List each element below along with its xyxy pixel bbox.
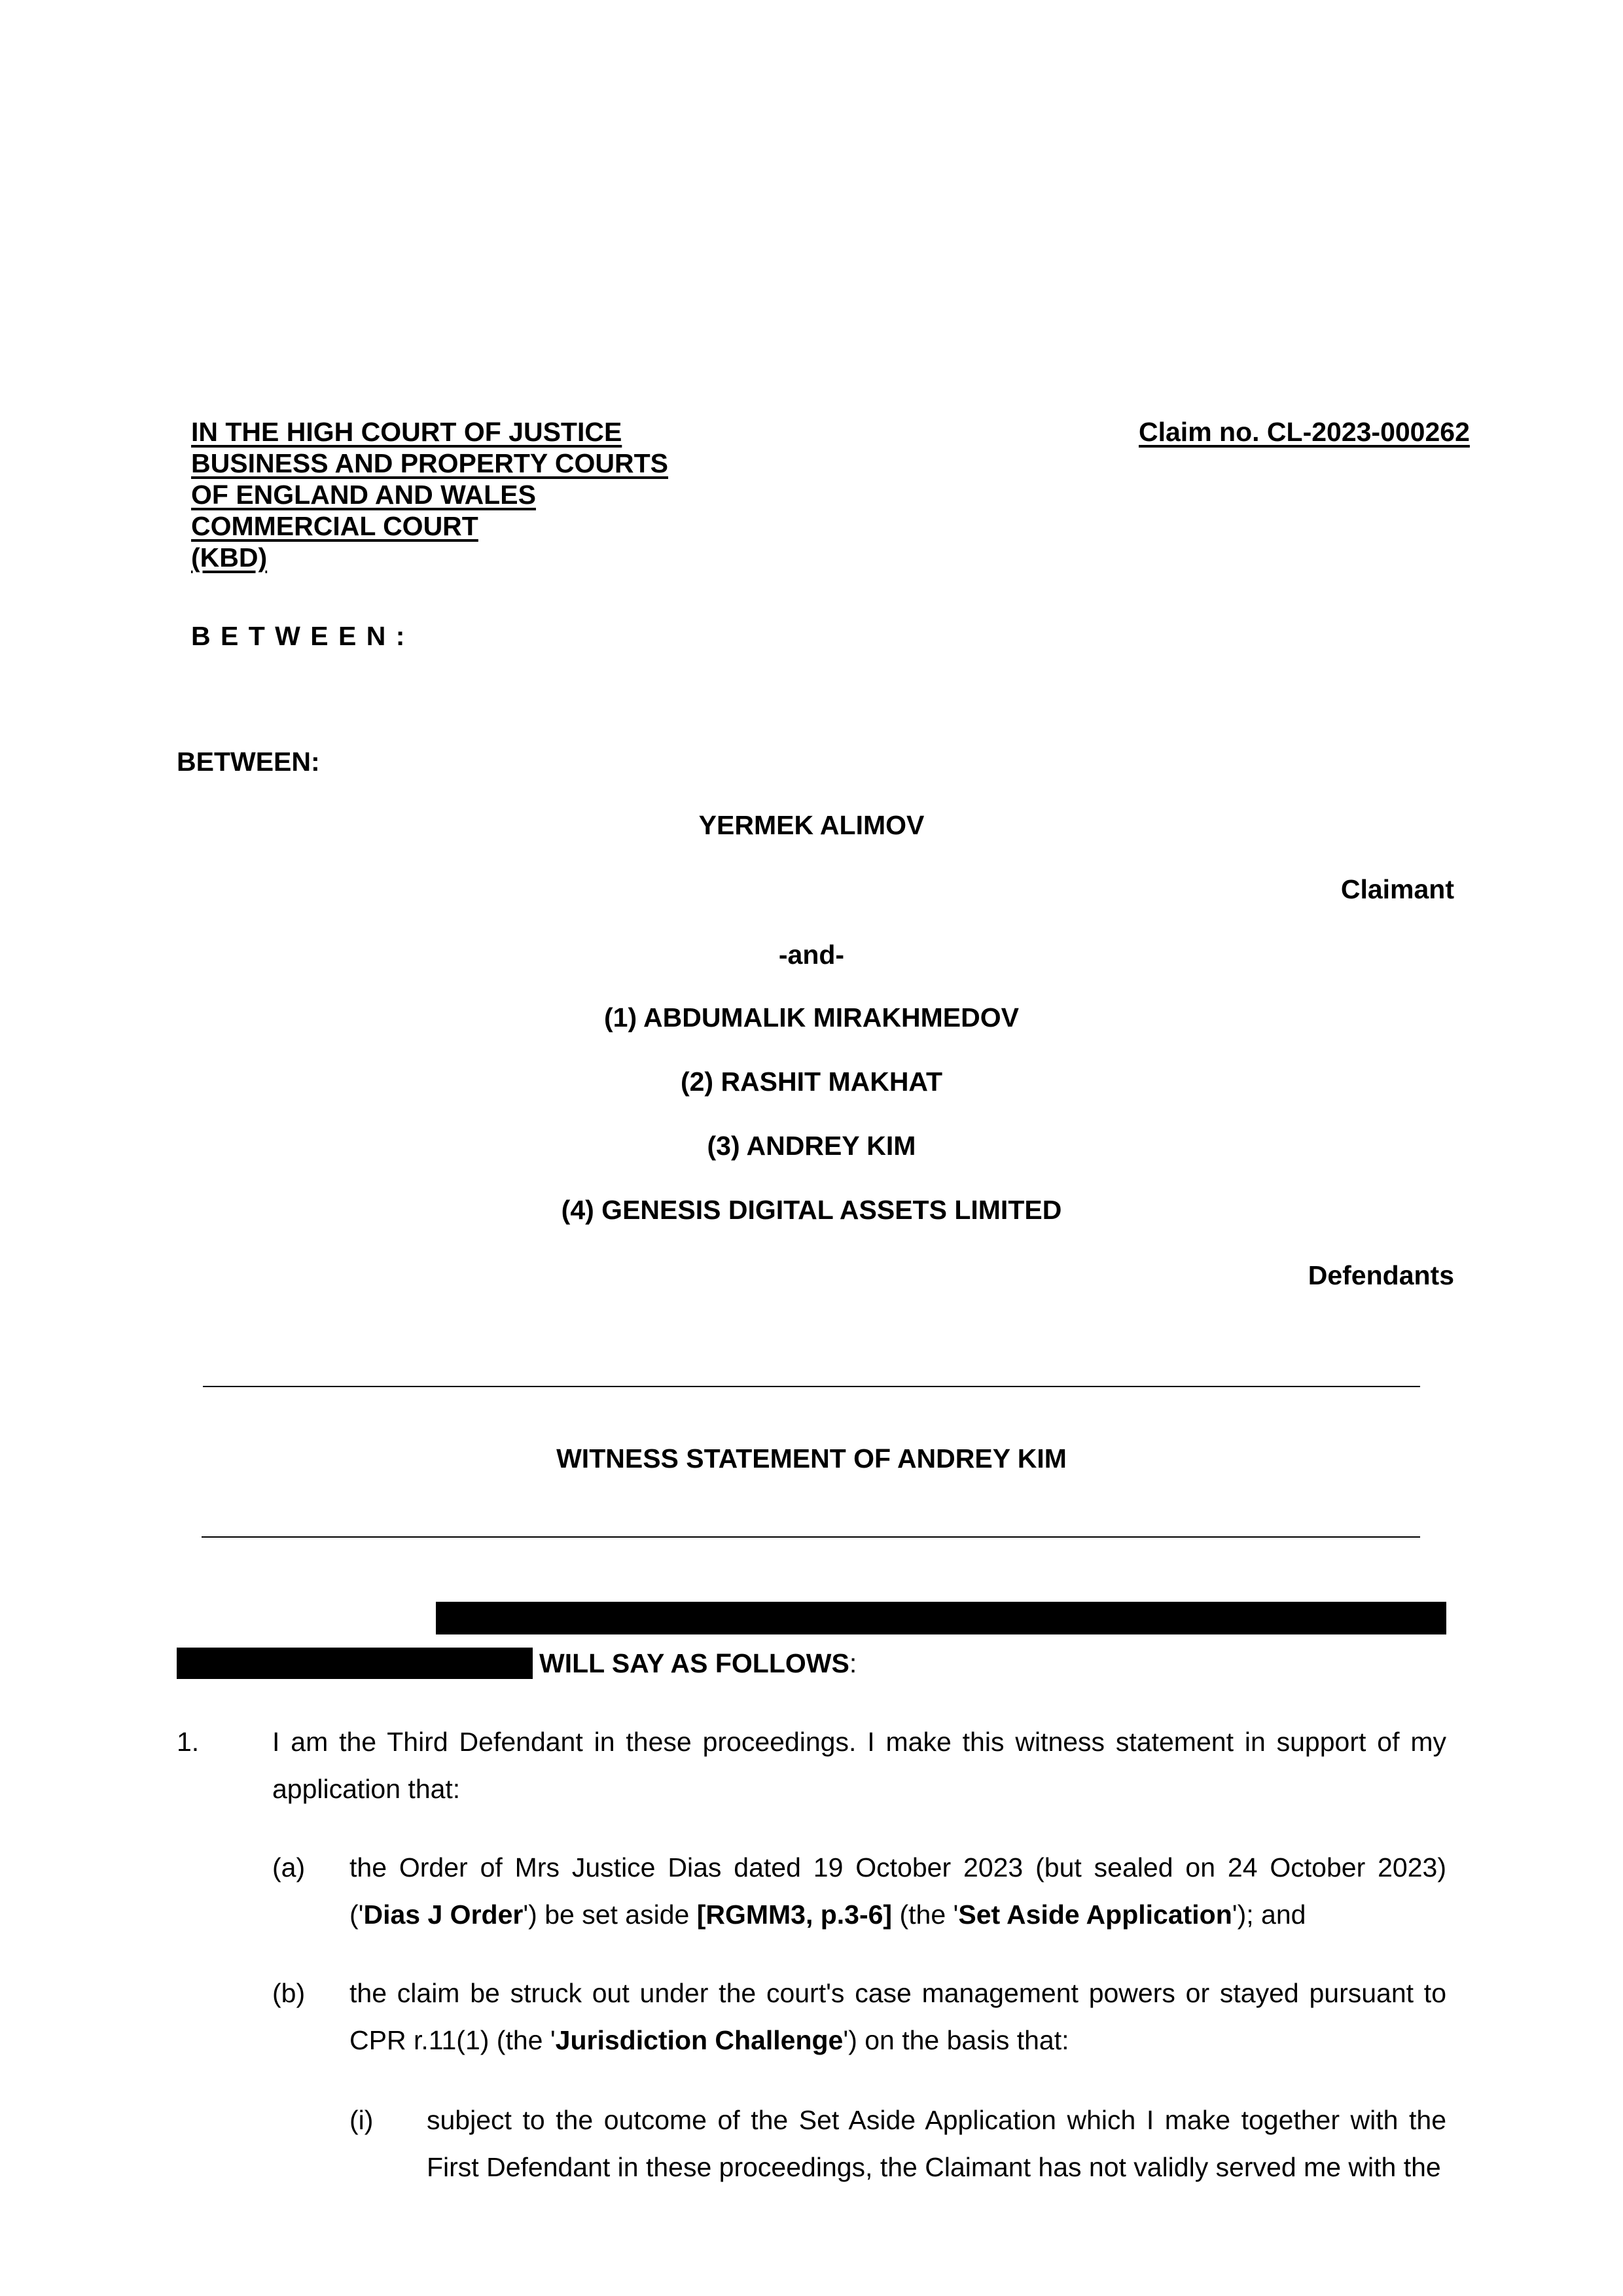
subitem-label-i: (i) xyxy=(349,2096,373,2144)
subitem-text-b: the claim be struck out under the court'… xyxy=(349,1969,1446,2064)
court-header: IN THE HIGH COURT OF JUSTICE BUSINESS AN… xyxy=(191,416,668,573)
text-run: ') on the basis that: xyxy=(843,2025,1069,2055)
will-say: WILL SAY AS FOLLOWS xyxy=(539,1648,849,1678)
court-line: BUSINESS AND PROPERTY COURTS xyxy=(191,448,668,479)
document-title: WITNESS STATEMENT OF ANDREY KIM xyxy=(0,1443,1623,1474)
subitem-label-b: (b) xyxy=(272,1969,305,2017)
defendant-2: (2) RASHIT MAKHAT xyxy=(0,1067,1623,1097)
defined-term-jurisdiction-challenge: Jurisdiction Challenge xyxy=(556,2025,844,2055)
and-separator: -and- xyxy=(0,940,1623,970)
defendant-4: (4) GENESIS DIGITAL ASSETS LIMITED xyxy=(0,1195,1623,1226)
subitem-text-i: subject to the outcome of the Set Aside … xyxy=(427,2096,1446,2191)
court-line: IN THE HIGH COURT OF JUSTICE xyxy=(191,416,668,448)
subitem-text-a: the Order of Mrs Justice Dias dated 19 O… xyxy=(349,1844,1446,1938)
defined-term-dias-j-order: Dias J Order xyxy=(363,1899,523,1930)
court-line: (KBD) xyxy=(191,542,668,573)
title-rule-bottom xyxy=(202,1536,1420,1538)
subitem-label-a: (a) xyxy=(272,1844,305,1891)
between-spaced: B E T W E E N : xyxy=(191,620,406,652)
defined-term-set-aside-application: Set Aside Application xyxy=(958,1899,1232,1930)
between-label: BETWEEN: xyxy=(177,746,320,777)
defendant-1: (1) ABDUMALIK MIRAKHMEDOV xyxy=(0,1002,1623,1033)
redacted-address-1 xyxy=(436,1602,1446,1634)
text-run: ') be set aside xyxy=(523,1899,696,1930)
will-say-colon: : xyxy=(849,1648,857,1678)
redacted-address-2 xyxy=(177,1648,533,1679)
text-run: '); and xyxy=(1232,1899,1306,1930)
bundle-reference: [RGMM3, p.3-6] xyxy=(697,1899,892,1930)
claim-number: Claim no. CL-2023-000262 xyxy=(1139,416,1470,448)
title-rule-top xyxy=(203,1386,1420,1387)
claimant-name: YERMEK ALIMOV xyxy=(0,810,1623,841)
court-line: COMMERCIAL COURT xyxy=(191,510,668,542)
court-line: OF ENGLAND AND WALES xyxy=(191,479,668,510)
paragraph-number: 1. xyxy=(177,1718,199,1765)
paragraph-text: I am the Third Defendant in these procee… xyxy=(272,1718,1446,1812)
defendant-3: (3) ANDREY KIM xyxy=(0,1131,1623,1161)
will-say-line: WILL SAY AS FOLLOWS: xyxy=(539,1640,857,1687)
text-run: (the ' xyxy=(892,1899,958,1930)
defendants-label: Defendants xyxy=(1308,1260,1454,1291)
claimant-label: Claimant xyxy=(1341,874,1454,905)
